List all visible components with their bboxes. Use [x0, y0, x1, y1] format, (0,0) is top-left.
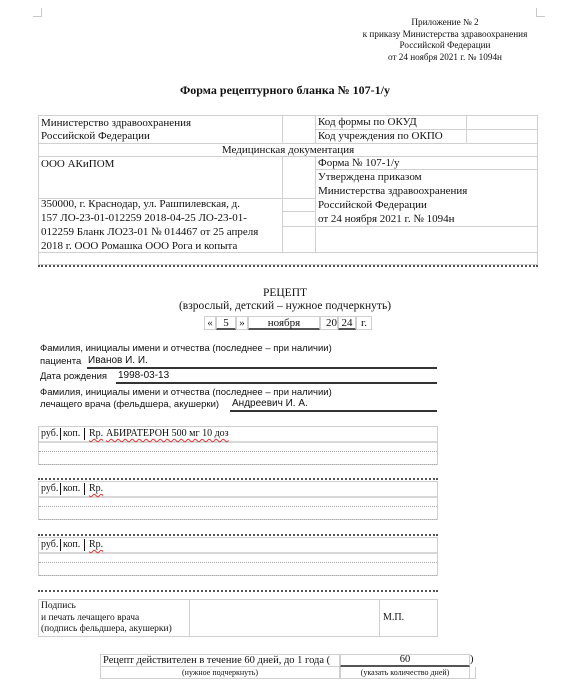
column-separator	[84, 539, 85, 551]
patient-name-field[interactable]: Иванов И. И.	[88, 355, 148, 366]
validity-hint-right: (указать количество дней)	[340, 667, 470, 679]
org-name: ООО АКиПОМ	[41, 157, 114, 171]
cut-line	[38, 265, 538, 267]
validity-text: Рецепт действителен в течение 60 дней, д…	[100, 654, 340, 667]
validity-hint-left: (нужное подчеркнуть)	[100, 667, 340, 679]
prescription-line[interactable]	[39, 506, 437, 507]
page-corner-marker	[33, 8, 42, 17]
empty-cell	[315, 226, 538, 253]
cut-line	[38, 534, 438, 536]
spacer-cell	[282, 198, 316, 212]
kop-label: коп.	[63, 427, 80, 440]
approved-line: Российской Федерации	[318, 198, 427, 212]
appendix-line: к приказу Министерства здравоохранения	[330, 29, 560, 41]
doctor-name-label: Фамилия, инициалы имени и отчества (посл…	[40, 387, 332, 398]
okud-value-field[interactable]	[466, 115, 538, 130]
drug-field[interactable]: АБИРАТЕРОН 500 мг 10 доз	[106, 427, 229, 440]
validity-block: Рецепт действителен в течение 60 дней, д…	[100, 654, 476, 680]
rub-label: руб.	[41, 538, 58, 551]
prescription-block: руб. коп. Rp.	[38, 537, 438, 576]
signature-label: Подпись и печать лечащего врача (подпись…	[41, 601, 172, 636]
spacer-cell	[282, 226, 316, 253]
validity-hint-spacer	[470, 667, 476, 679]
address-line: 012259 Бланк ЛО23-01 № 014467 от 25 апре…	[41, 225, 258, 239]
prescription-line[interactable]	[39, 464, 437, 465]
approved-line: от 24 ноября 2021 г. № 1094н	[318, 212, 454, 226]
spacer-cell	[282, 211, 316, 227]
spacer-cell	[282, 156, 316, 199]
date-close-quote: »	[236, 316, 248, 330]
cut-line	[38, 478, 438, 480]
okpo-label: Код учреждения по ОКПО	[318, 129, 443, 143]
prescription-line[interactable]	[39, 562, 437, 563]
spacer-cell	[282, 115, 316, 144]
column-separator	[60, 428, 61, 440]
appendix-line: от 24 ноября 2021 г. № 1094н	[330, 52, 560, 64]
approved-line: Утверждена приказом	[318, 170, 422, 184]
cut-line	[38, 590, 438, 592]
date-month-field[interactable]: ноября	[248, 316, 320, 330]
rub-label: руб.	[41, 427, 58, 440]
validity-days-field[interactable]: 60	[340, 654, 470, 667]
recipe-title: РЕЦЕПТ	[0, 287, 570, 299]
patient-name-label-2: пациента	[40, 356, 81, 367]
address-line: 157 ЛО-23-01-012259 2018-04-25 ЛО-23-01-	[41, 211, 247, 225]
prescription-line[interactable]	[39, 519, 437, 520]
kop-label: коп.	[63, 538, 80, 551]
patient-name-label: Фамилия, инициалы имени и отчества (посл…	[40, 343, 332, 354]
column-separator	[60, 539, 61, 551]
form-title: Форма рецептурного бланка № 107-1/у	[0, 83, 570, 98]
address-line: 2018 г. ООО Ромашка ООО Рога и копыта	[41, 239, 237, 253]
rub-label: руб.	[41, 482, 58, 495]
column-separator	[84, 428, 85, 440]
prescription-block: руб. коп. Rp.	[38, 481, 438, 520]
prescription-header: руб. коп. Rp.	[39, 482, 437, 498]
validity-close: )	[470, 654, 476, 667]
med-docs-label: Медицинская документация	[38, 143, 538, 157]
rp-label: Rp.	[89, 482, 103, 495]
signature-line: (подпись фельдшера, акушерки)	[41, 624, 172, 636]
date-year-field[interactable]: 24	[338, 316, 356, 330]
birth-date-label: Дата рождения	[40, 371, 107, 382]
address-line: 350000, г. Краснодар, ул. Рашпилевская, …	[41, 197, 240, 211]
appendix-block: Приложение № 2 к приказу Министерства зд…	[330, 17, 560, 63]
signature-line: и печать лечащего врача	[41, 613, 172, 625]
prescription-block: руб. коп. Rp. АБИРАТЕРОН 500 мг 10 доз	[38, 426, 438, 465]
prescription-header: руб. коп. Rp.	[39, 538, 437, 554]
ministry-line: Министерство здравоохранения	[41, 116, 191, 130]
date-year-label: г.	[356, 316, 372, 330]
prescription-header: руб. коп. Rp. АБИРАТЕРОН 500 мг 10 доз	[39, 427, 437, 443]
column-separator	[84, 483, 85, 495]
stamp-label: М.П.	[383, 612, 404, 623]
signature-table: Подпись и печать лечащего врача (подпись…	[38, 599, 438, 637]
birth-date-underline	[116, 382, 437, 384]
appendix-line: Приложение № 2	[330, 17, 560, 29]
doctor-name-field[interactable]: Андреевич И. А.	[232, 398, 308, 409]
approved-line: Министерства здравоохранения	[318, 184, 467, 198]
date-open-quote: «	[204, 316, 216, 330]
recipe-subtitle: (взрослый, детский – нужное подчеркнуть)	[0, 300, 570, 312]
rp-label: Rp.	[89, 538, 103, 551]
birth-date-field[interactable]: 1998-03-13	[118, 370, 169, 381]
date-year-prefix: 20	[320, 316, 338, 330]
page-corner-marker	[536, 8, 545, 17]
signature-field[interactable]	[190, 600, 379, 636]
ministry-line: Российской Федерации	[41, 129, 150, 143]
date-day-field[interactable]: 5	[216, 316, 236, 330]
doctor-name-underline	[230, 410, 437, 412]
okud-label: Код формы по ОКУД	[318, 115, 417, 129]
prescription-line[interactable]	[39, 451, 437, 452]
signature-line: Подпись	[41, 601, 172, 613]
form-number: Форма № 107-1/у	[318, 156, 400, 170]
kop-label: коп.	[63, 482, 80, 495]
empty-row	[38, 252, 538, 265]
okpo-value-field[interactable]	[466, 129, 538, 144]
rp-label: Rp.	[89, 427, 103, 440]
prescription-line[interactable]	[39, 575, 437, 576]
column-separator	[60, 483, 61, 495]
doctor-name-label-2: лечащего врача (фельдшера, акушерки)	[40, 399, 219, 410]
patient-name-underline	[87, 367, 437, 369]
appendix-line: Российской Федерации	[330, 40, 560, 52]
